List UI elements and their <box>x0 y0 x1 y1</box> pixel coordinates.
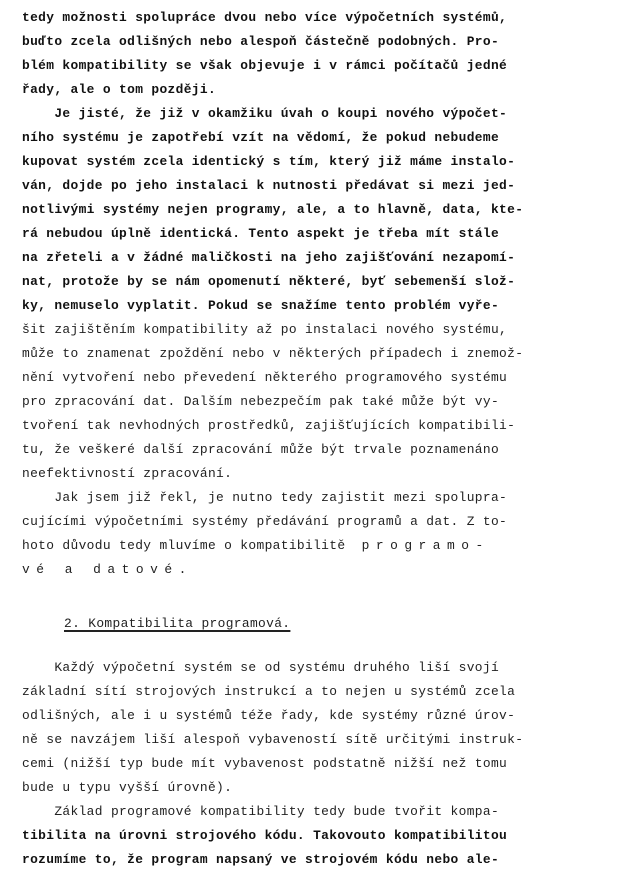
text-line: šit zajištěním kompatibility až po insta… <box>22 318 507 342</box>
text-line: ně se navzájem liší alespoň vybaveností … <box>22 728 523 752</box>
text-line: nat, protože by se nám opomenutí některé… <box>22 270 515 294</box>
text-line: tu, že veškeré další zpracování může být… <box>22 438 499 462</box>
text-line: tedy možnosti spolupráce dvou nebo více … <box>22 6 507 30</box>
text-line: řady, ale o tom později. <box>22 78 216 102</box>
text-line: Je jisté, že již v okamžiku úvah o koupi… <box>22 102 507 126</box>
text-line: ky, nemuselo vyplatit. Pokud se snažíme … <box>22 294 499 318</box>
text-line: blém kompatibility se však objevuje i v … <box>22 54 507 78</box>
text-line: bude u typu vyšší úrovně). <box>22 776 232 800</box>
text-line: tvoření tak nevhodných prostředků, zajiš… <box>22 414 515 438</box>
text-line: pro zpracování dat. Dalším nebezpečím pa… <box>22 390 499 414</box>
text-line: odlišných, ale i u systémů téže řady, kd… <box>22 704 515 728</box>
text-line: cujícími výpočetními systémy předávání p… <box>22 510 507 534</box>
text-line: může to znamenat zpoždění nebo v některý… <box>22 342 523 366</box>
text-line: základní sítí strojových instrukcí a to … <box>22 680 515 704</box>
text-line: na zřeteli a v žádné maličkosti na jeho … <box>22 246 515 270</box>
text-line: Každý výpočetní systém se od systému dru… <box>22 656 499 680</box>
text-fragment: hoto důvodu tedy mluvíme o kompatibilitě <box>22 538 362 553</box>
section-heading: 2. Kompatibilita programová. <box>64 612 290 636</box>
text-line: hoto důvodu tedy mluvíme o kompatibilitě… <box>22 534 490 558</box>
text-line: cemi (nižší typ bude mít vybavenost pods… <box>22 752 507 776</box>
spaced-emphasis-line: vé a datové. <box>22 558 193 582</box>
text-line: neefektivností zpracování. <box>22 462 232 486</box>
spaced-emphasis: programo- <box>362 538 490 553</box>
text-line: Základ programové kompatibility tedy bud… <box>22 800 499 824</box>
text-line: nění vytvoření nebo převedení některého … <box>22 366 507 390</box>
text-line: kupovat systém zcela identický s tím, kt… <box>22 150 515 174</box>
text-line: tibilita na úrovni strojového kódu. Tako… <box>22 824 507 848</box>
text-line: ního systému je zapotřebí vzít na vědomí… <box>22 126 499 150</box>
text-line: ván, dojde po jeho instalaci k nutnosti … <box>22 174 515 198</box>
text-line: buďto zcela odlišných nebo alespoň částe… <box>22 30 499 54</box>
text-line: Jak jsem již řekl, je nutno tedy zajisti… <box>22 486 507 510</box>
text-line: rozumíme to, že program napsaný ve stroj… <box>22 848 499 872</box>
text-line: rá nebudou úplně identická. Tento aspekt… <box>22 222 499 246</box>
scanned-page: tedy možnosti spolupráce dvou nebo více … <box>0 0 643 875</box>
text-line: notlivými systémy nejen programy, ale, a… <box>22 198 523 222</box>
